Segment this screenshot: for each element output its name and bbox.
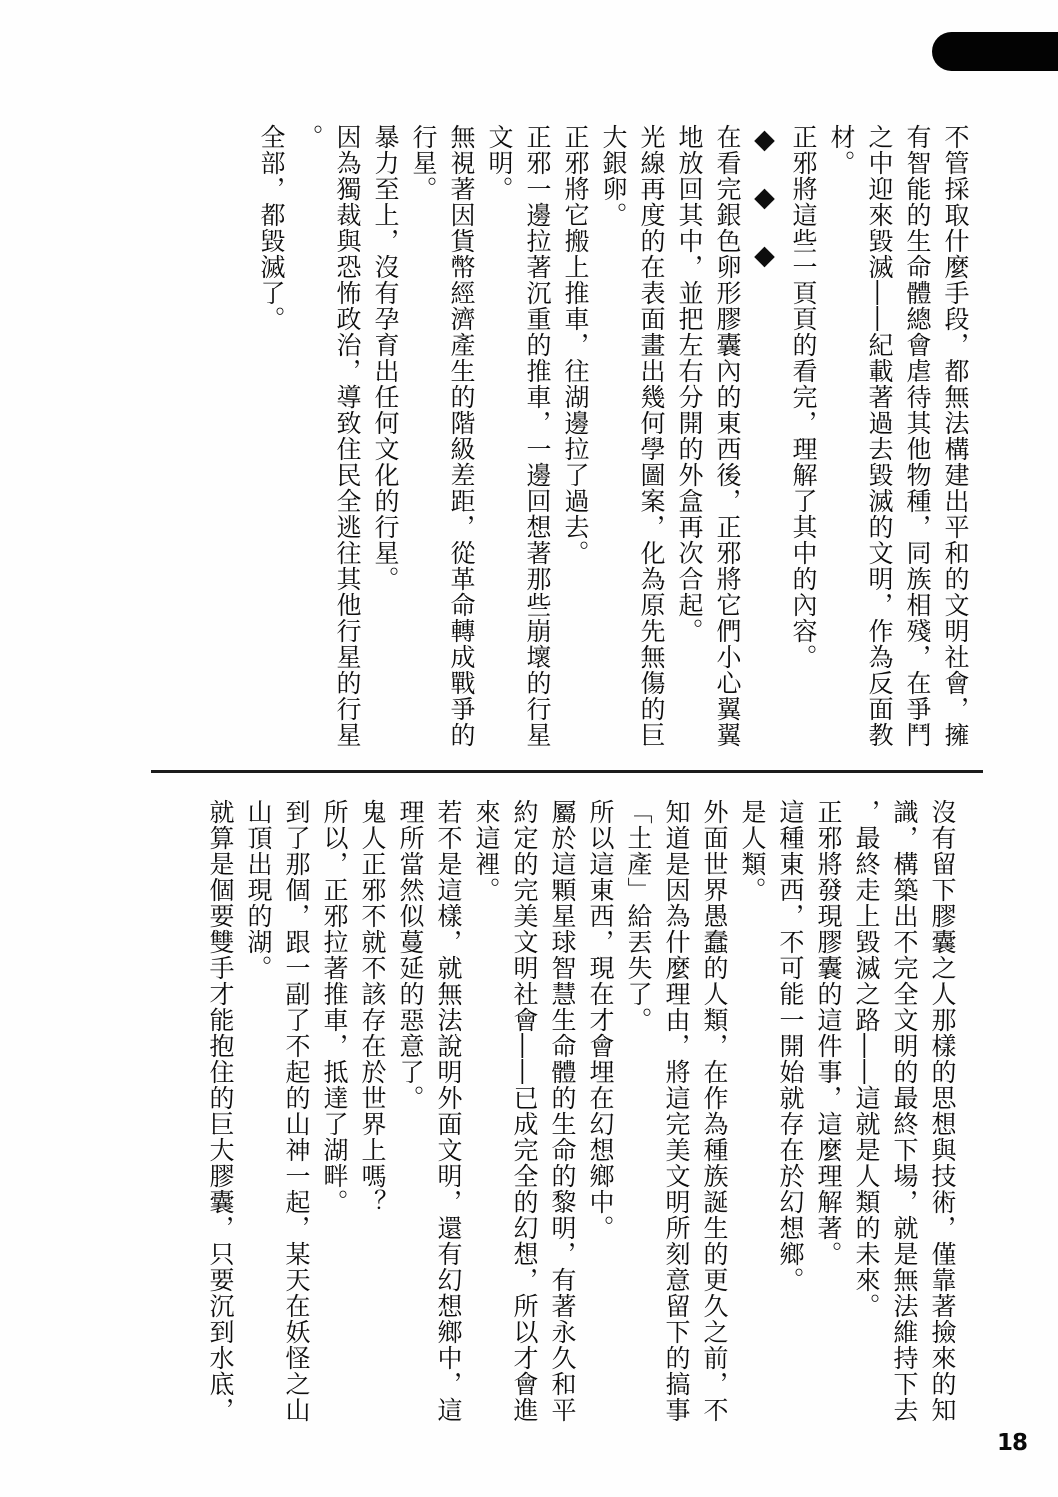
section-divider-line (151, 770, 983, 773)
novel-paragraph: 因為獨裁與恐怖政治，導致住民全逃往其他行星的行星。 (290, 124, 366, 748)
novel-paragraph: 正邪將它搬上推車，往湖邊拉了過去。 (556, 124, 594, 748)
novel-page: 不管採取什麼手段，都無法構建出平和的文明社會，擁有智能的生命體總會虐待其他物種，… (0, 0, 1058, 1497)
novel-paragraph: 全部，都毀滅了。 (252, 124, 290, 748)
novel-paragraph: 正邪將這些一頁頁的看完，理解了其中的內容。 (784, 124, 822, 748)
novel-paragraph: 鬼人正邪不就不該存在於世界上嗎？ (353, 799, 391, 1423)
novel-paragraph: 這種東西，不可能一開始就存在於幻想鄉。 (771, 799, 809, 1423)
novel-paragraph: 光線再度的在表面畫出幾何學圖案，化為原先無傷的巨大銀卵。 (594, 124, 670, 748)
upper-text-block: 不管採取什麼手段，都無法構建出平和的文明社會，擁有智能的生命體總會虐待其他物種，… (94, 124, 974, 748)
novel-paragraph: 正邪一邊拉著沉重的推車，一邊回想著那些崩壞的行星文明。 (480, 124, 556, 748)
novel-paragraph: 就算是個要雙手才能抱住的巨大膠囊，只要沉到水底， (201, 799, 239, 1423)
novel-paragraph: 到了那個，跟一副了不起的山神一起，某天在妖怪之山山頂出現的湖。 (239, 799, 315, 1423)
lower-text-block: 沒有留下膠囊之人那樣的思想與技術，僅靠著撿來的知識，構築出不完全文明的最終下場，… (61, 799, 961, 1423)
scene-break-diamonds: ◆ ◆ ◆ (746, 124, 784, 748)
novel-paragraph: 正邪將發現膠囊的這件事，這麼理解著。 (809, 799, 847, 1423)
novel-paragraph: 若不是這樣，就無法說明外面文明，還有幻想鄉中，這理所當然似蔓延的惡意了。 (391, 799, 467, 1423)
novel-paragraph: 所以，正邪拉著推車，抵達了湖畔。 (315, 799, 353, 1423)
novel-paragraph: 無視著因貨幣經濟產生的階級差距，從革命轉成戰爭的行星。 (404, 124, 480, 748)
novel-paragraph: 不管採取什麼手段，都無法構建出平和的文明社會，擁有智能的生命體總會虐待其他物種，… (822, 124, 974, 748)
novel-paragraph: 屬於這顆星球智慧生命體的生命的黎明，有著永久和平約定的完美文明社會——已成完全的… (467, 799, 581, 1423)
novel-paragraph: 所以這東西，現在才會埋在幻想鄉中。 (581, 799, 619, 1423)
novel-paragraph: 外面世界愚蠢的人類，在作為種族誕生的更久之前，不知道是因為什麼理由，將這完美文明… (619, 799, 733, 1423)
novel-paragraph: 暴力至上，沒有孕育出任何文化的行星。 (366, 124, 404, 748)
corner-black-bar (932, 32, 1058, 71)
novel-paragraph: 在看完銀色卵形膠囊內的東西後，正邪將它們小心翼翼地放回其中，並把左右分開的外盒再… (670, 124, 746, 748)
novel-paragraph: 是人類。 (733, 799, 771, 1423)
page-number: 18 (997, 1430, 1027, 1456)
novel-paragraph: 沒有留下膠囊之人那樣的思想與技術，僅靠著撿來的知識，構築出不完全文明的最終下場，… (847, 799, 961, 1423)
